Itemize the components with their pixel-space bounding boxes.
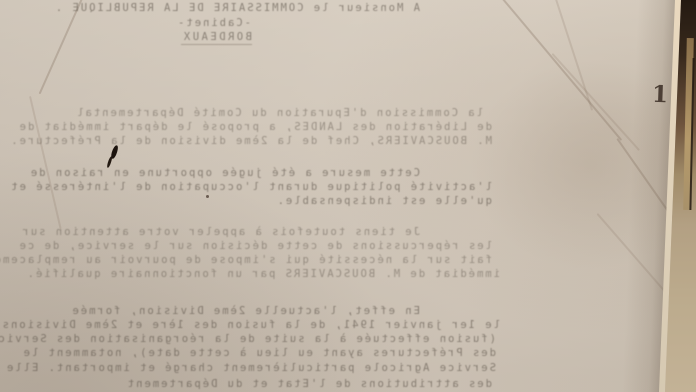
document-photo: A Monsieur le COMMISSAIRE DE LA REPUBLIQ… — [0, 0, 696, 392]
bleed-line-p4l5: Service Agricole particulièrement chargé… — [5, 362, 496, 374]
bleed-line-p4l3: (fusion effectuée à la suite de la réorg… — [0, 333, 496, 345]
paper-crease — [39, 0, 86, 94]
bleed-line-p3l2: les répercussions de cette décision sur … — [18, 240, 492, 252]
bleed-line-p2l2: l'activité politique durant l'occupation… — [9, 181, 492, 193]
bleed-line-p4l1: En effet, l'actuelle 2ème Division, form… — [70, 305, 420, 317]
bleed-line-p1l3: M. BOUSCAVIERS, Chef de la 2ème division… — [9, 135, 492, 147]
bleed-line-p3l4: immédiat de M. BOUSCAVIERS par un foncti… — [26, 268, 500, 280]
ink-speck — [206, 195, 209, 198]
bleed-line-p3l3: fait sur la nécessité qui s'impose de po… — [0, 254, 492, 266]
bleed-line-p4l2: le 1er janvier 1941, de la fusion des 1è… — [1, 319, 500, 331]
bleed-line-p1l1: la Commission d'Epuration du Comité Dépa… — [75, 107, 483, 119]
bleed-line-p2l3: qu'elle est indispensable. — [276, 195, 492, 207]
bleed-line-p4l4: des Préfectures ayant eu lieu à cette da… — [22, 347, 496, 359]
bleed-line-p1l2: de Libération des LANDES, a proposé le d… — [18, 121, 492, 133]
paper-crease — [30, 96, 62, 229]
bleed-line-p3l1: Je tiens toutefois à appeler votre atten… — [21, 226, 420, 238]
bleed-line-h1: A Monsieur le COMMISSAIRE DE LA REPUBLIQ… — [54, 2, 420, 14]
bleed-line-h3: BORDEAUX — [181, 31, 252, 45]
bleed-line-p2l1: Cette mesure a été jugée opportune en ra… — [29, 167, 420, 179]
ink-blot — [110, 145, 119, 160]
bleed-line-h2: -Cabinet- — [176, 17, 251, 29]
bleed-line-p4l6: des attributions de l'Etat et du Départe… — [126, 378, 492, 390]
